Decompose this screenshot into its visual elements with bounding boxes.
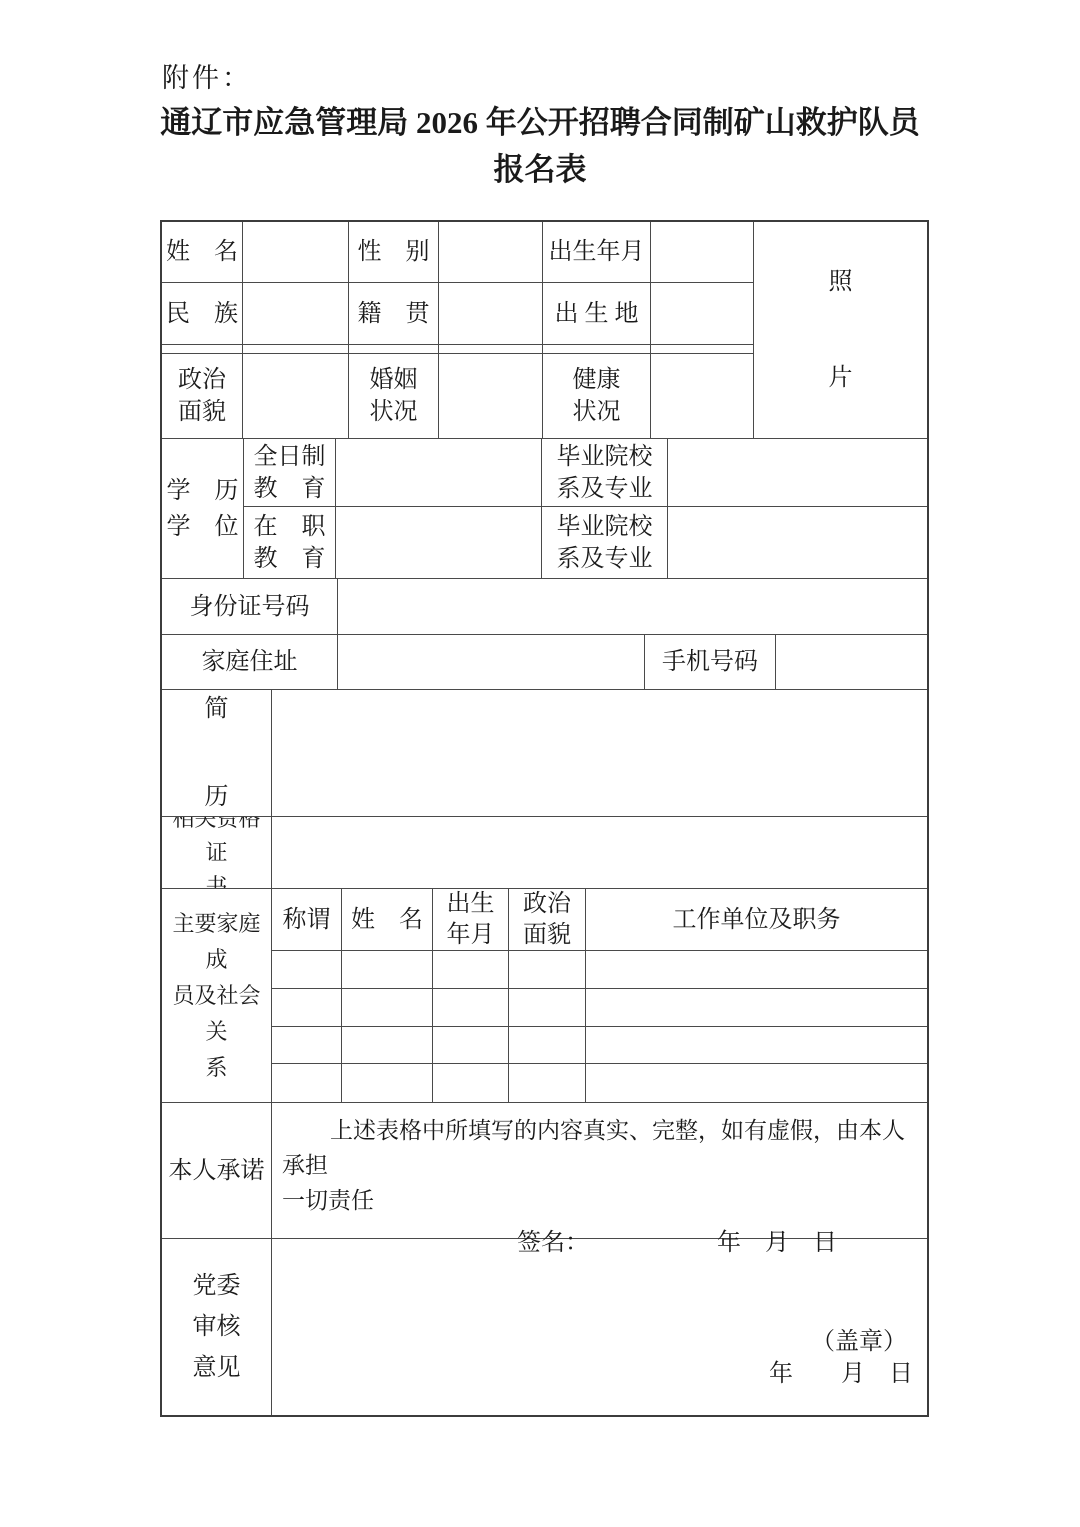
spacer-cell	[543, 345, 651, 353]
family-birth-cell	[433, 951, 509, 988]
family-header-relation: 称谓	[272, 889, 342, 950]
family-relation-cell	[272, 951, 342, 988]
onjob-school-value-cell	[668, 507, 927, 578]
spacer-cell	[349, 345, 439, 353]
certificates-row: 相关资格证 书	[162, 817, 927, 889]
family-relation-cell	[272, 1064, 342, 1102]
birth-date-value-cell	[651, 222, 754, 282]
political-status-value-cell	[243, 354, 349, 438]
review-section: 党委 审核 意见 （盖章） 年 月 日	[162, 1239, 927, 1415]
family-political-cell	[509, 1064, 586, 1102]
family-header-name: 姓 名	[342, 889, 433, 950]
resume-value-cell	[272, 690, 927, 816]
home-address-value-cell	[338, 635, 645, 689]
spacer-cell	[439, 345, 543, 353]
gender-label-cell: 性 别	[349, 222, 439, 282]
family-workplace-cell	[586, 1027, 927, 1064]
ethnicity-value-cell	[243, 283, 349, 344]
family-relation-cell	[272, 1027, 342, 1064]
fulltime-school-value-cell	[668, 439, 927, 506]
fulltime-education-row: 全日制 教 育 毕业院校 系及专业	[244, 439, 927, 507]
seal-label: （盖章）	[811, 1327, 907, 1357]
family-header-row: 称谓 姓 名 出生 年月 政治 面貌 工作单位及职务	[272, 889, 927, 951]
family-name-cell	[342, 989, 433, 1026]
education-section: 学 历 学 位 全日制 教 育 毕业院校 系及专业 在 职 教 育 毕业院校 系…	[162, 439, 927, 579]
marital-status-value-cell	[439, 354, 543, 438]
family-section-label-cell: 主要家庭成 员及社会关 系	[162, 889, 272, 1102]
family-header-birth: 出生 年月	[433, 889, 509, 950]
review-date-label: 年 月 日	[769, 1359, 913, 1389]
certificates-label-cell: 相关资格证 书	[162, 817, 272, 888]
political-status-label-cell: 政治 面貌	[162, 354, 243, 438]
family-header-political: 政治 面貌	[509, 889, 586, 950]
health-status-value-cell	[651, 354, 754, 438]
title-line-2: 报名表	[50, 146, 1030, 193]
birth-place-value-cell	[651, 283, 754, 344]
family-name-cell	[342, 951, 433, 988]
family-section: 主要家庭成 员及社会关 系 称谓 姓 名 出生 年月 政治 面貌 工作单位及职务	[162, 889, 927, 1103]
application-form-table: 姓 名 性 别 出生年月 民 族 籍 贯 出 生 地	[160, 220, 929, 1417]
spacer-cell	[162, 345, 243, 353]
document-page: 附件： 通辽市应急管理局 2026 年公开招聘合同制矿山救护队员 报名表 姓 名…	[0, 0, 1080, 1527]
family-birth-cell	[433, 1027, 509, 1064]
home-address-label-cell: 家庭住址	[162, 635, 338, 689]
onjob-school-label-cell: 毕业院校 系及专业	[542, 507, 668, 578]
spacer-row	[162, 345, 754, 354]
basic-row-3: 政治 面貌 婚姻 状况 健康 状况	[162, 354, 754, 438]
pledge-text: 上述表格中所填写的内容真实、完整，如有虚假，由本人承担 一切责任	[272, 1103, 927, 1218]
native-place-value-cell	[439, 283, 543, 344]
family-political-cell	[509, 1027, 586, 1064]
onjob-education-label-cell: 在 职 教 育	[244, 507, 336, 578]
family-workplace-cell	[586, 1064, 927, 1102]
commitment-section: 本人承诺 上述表格中所填写的内容真实、完整，如有虚假，由本人承担 一切责任 签名…	[162, 1103, 927, 1239]
mobile-label-cell: 手机号码	[645, 635, 776, 689]
resume-row: 简 历	[162, 690, 927, 817]
onjob-education-value-cell	[336, 507, 542, 578]
fulltime-education-label-cell: 全日制 教 育	[244, 439, 336, 506]
fulltime-education-value-cell	[336, 439, 542, 506]
id-number-row: 身份证号码	[162, 579, 927, 635]
attachment-label: 附件：	[162, 56, 252, 95]
family-political-cell	[509, 951, 586, 988]
education-section-label-cell: 学 历 学 位	[162, 439, 244, 578]
family-member-row	[272, 989, 927, 1027]
photo-cell: 照 片	[754, 222, 927, 438]
family-header-workplace: 工作单位及职务	[586, 889, 927, 950]
ethnicity-label-cell: 民 族	[162, 283, 243, 344]
health-status-label-cell: 健康 状况	[543, 354, 651, 438]
resume-label-cell: 简 历	[162, 690, 272, 816]
family-member-row	[272, 1064, 927, 1102]
certificates-value-cell	[272, 817, 927, 888]
fulltime-school-label-cell: 毕业院校 系及专业	[542, 439, 668, 506]
family-name-cell	[342, 1064, 433, 1102]
spacer-cell	[651, 345, 754, 353]
mobile-value-cell	[776, 635, 927, 689]
page-title: 通辽市应急管理局 2026 年公开招聘合同制矿山救护队员 报名表	[50, 99, 1030, 193]
basic-row-1: 姓 名 性 别 出生年月	[162, 222, 754, 283]
family-birth-cell	[433, 1064, 509, 1102]
gender-value-cell	[439, 222, 543, 282]
native-place-label-cell: 籍 贯	[349, 283, 439, 344]
commitment-content-cell: 上述表格中所填写的内容真实、完整，如有虚假，由本人承担 一切责任 签名： 年 月…	[272, 1103, 927, 1238]
family-member-row	[272, 951, 927, 989]
family-name-cell	[342, 1027, 433, 1064]
family-relation-cell	[272, 989, 342, 1026]
title-line-1: 通辽市应急管理局 2026 年公开招聘合同制矿山救护队员	[50, 99, 1030, 146]
id-number-label-cell: 身份证号码	[162, 579, 338, 634]
name-label-cell: 姓 名	[162, 222, 243, 282]
birth-date-label-cell: 出生年月	[543, 222, 651, 282]
id-number-value-cell	[338, 579, 927, 634]
family-workplace-cell	[586, 951, 927, 988]
family-workplace-cell	[586, 989, 927, 1026]
basic-info-section: 姓 名 性 别 出生年月 民 族 籍 贯 出 生 地	[162, 222, 927, 439]
birth-place-label-cell: 出 生 地	[543, 283, 651, 344]
name-value-cell	[243, 222, 349, 282]
review-label-cell: 党委 审核 意见	[162, 1239, 272, 1415]
basic-row-2: 民 族 籍 贯 出 生 地	[162, 283, 754, 345]
commitment-label-cell: 本人承诺	[162, 1103, 272, 1238]
family-birth-cell	[433, 989, 509, 1026]
family-political-cell	[509, 989, 586, 1026]
review-content-cell: （盖章） 年 月 日	[272, 1239, 927, 1415]
marital-status-label-cell: 婚姻 状况	[349, 354, 439, 438]
onjob-education-row: 在 职 教 育 毕业院校 系及专业	[244, 507, 927, 578]
family-member-row	[272, 1027, 927, 1065]
spacer-cell	[243, 345, 349, 353]
address-row: 家庭住址 手机号码	[162, 635, 927, 690]
